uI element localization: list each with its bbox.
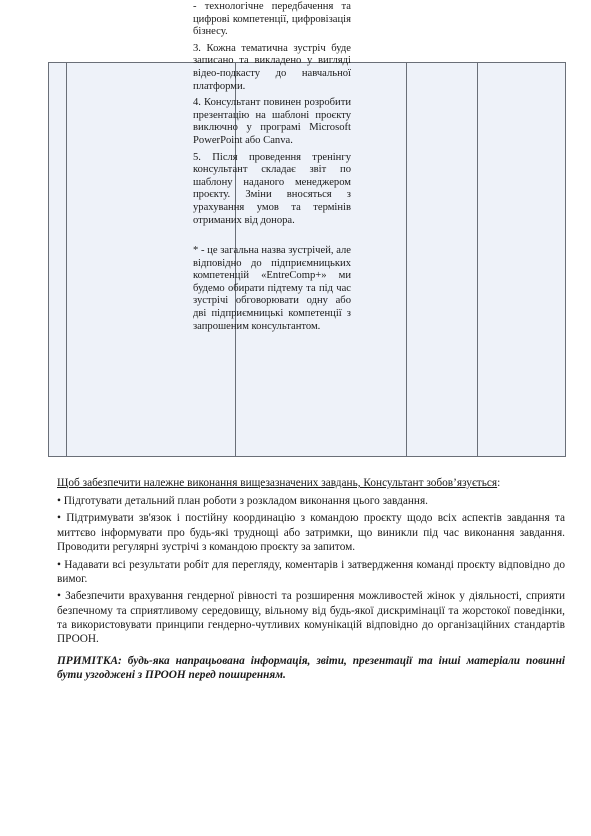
cell-paragraph: 5. Після проведення тренінгу консультант…: [193, 152, 351, 228]
obligation-item: • Підготувати детальний план роботи з ро…: [57, 494, 565, 508]
table-column-deadline: [407, 63, 478, 456]
cell-footnote: * - це загальна назва зустрічей, але від…: [193, 245, 351, 333]
cell-paragraph: 4. Консультант повинен розробити презент…: [193, 97, 351, 147]
cell-paragraph: 3. Кожна тематична зустріч буде записано…: [193, 43, 351, 93]
obligations-lead-text: Щоб забезпечити належне виконання вищеза…: [57, 477, 497, 489]
obligations-lead: Щоб забезпечити належне виконання вищеза…: [57, 476, 565, 490]
obligation-item: • Забезпечити врахування гендерної рівно…: [57, 589, 565, 646]
cell-paragraph: - технологічне передбачення та цифрові к…: [193, 1, 351, 39]
obligations-section: Щоб забезпечити належне виконання вищеза…: [57, 476, 565, 650]
obligation-item: • Надавати всі результати робіт для пере…: [57, 558, 565, 586]
note-paragraph: ПРИМІТКА: будь-яка напрацьована інформац…: [57, 654, 565, 682]
table-cell-description: - технологічне передбачення та цифрові к…: [193, 1, 351, 337]
table-column-number: [49, 63, 67, 456]
obligation-item: • Підтримувати зв'язок і постійну коорди…: [57, 511, 565, 554]
document-page: - технологічне передбачення та цифрові к…: [0, 0, 591, 836]
